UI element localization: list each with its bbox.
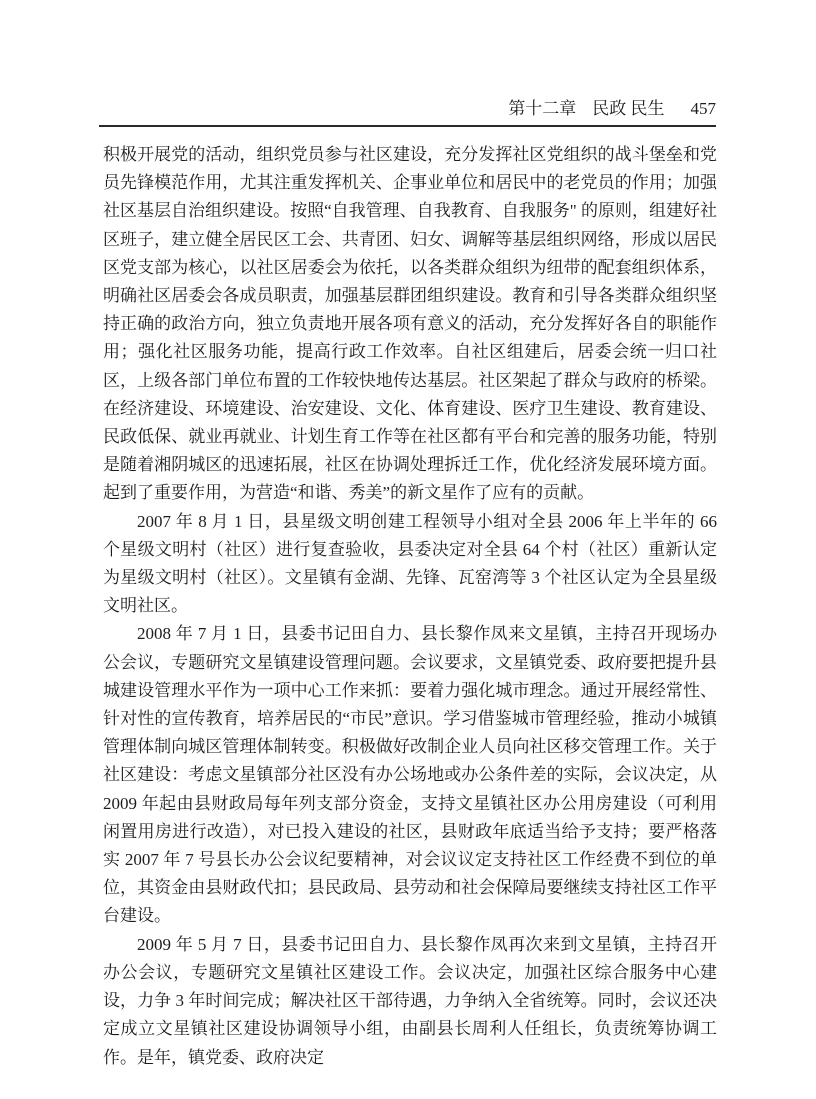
paragraph-2008-onsite-meeting: 2008 年 7 月 1 日，县委书记田自力、县长黎作凤来文星镇，主持召开现场办…: [103, 620, 717, 930]
document-page: 第十二章民政 民生457 积极开展党的活动，组织党员参与社区建设，充分发挥社区党…: [0, 0, 816, 1099]
paragraph-2007-star-villages: 2007 年 8 月 1 日，县星级文明创建工程领导小组对全县 2006 年上半…: [103, 508, 717, 621]
chapter-title: 第十二章: [508, 99, 576, 118]
paragraph-community-party-building: 积极开展党的活动，组织党员参与社区建设，充分发挥社区党组织的战斗堡垒和党员先锋模…: [103, 141, 717, 508]
page-number: 457: [691, 99, 717, 118]
document-body: 积极开展党的活动，组织党员参与社区建设，充分发挥社区党组织的战斗堡垒和党员先锋模…: [103, 141, 717, 1072]
page-header: 第十二章民政 民生457: [99, 98, 716, 127]
section-title: 民政 民生: [592, 99, 664, 118]
paragraph-2009-office-meeting: 2009 年 5 月 7 日，县委书记田自力、县长黎作凤再次来到文星镇，主持召开…: [103, 931, 717, 1072]
